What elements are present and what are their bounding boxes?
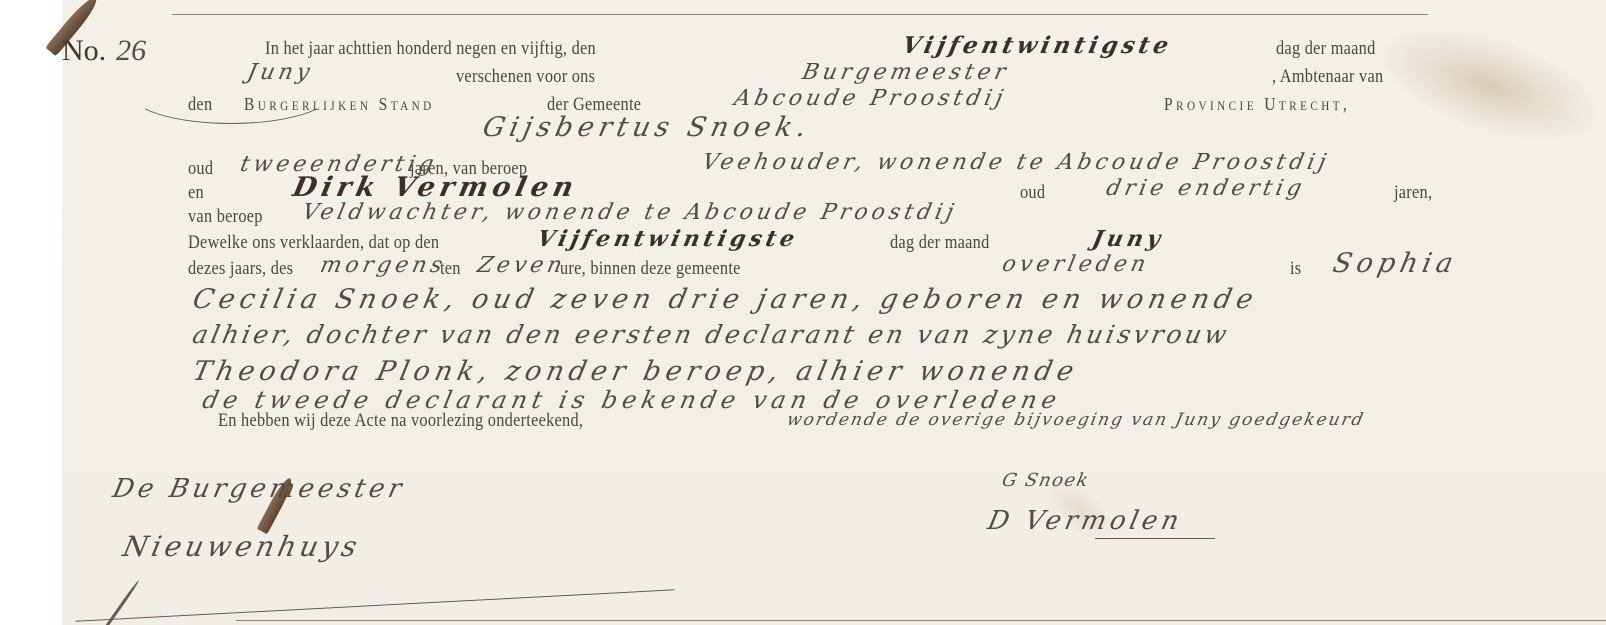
printed-closing: En hebben wij deze Acte na voorlezing on… [218, 410, 583, 432]
printed-line-6a: en [188, 182, 204, 204]
signature-declarant-2-underline [1095, 538, 1215, 539]
printed-line-7a: van beroep [188, 206, 263, 228]
handwritten-municipality: Abcoude Proostdij [732, 86, 1009, 111]
printed-line-9d: is [1290, 258, 1301, 280]
handwritten-declarant2-age: drie endertig [1104, 176, 1308, 201]
handwritten-body-line-1: Cecilia Snoek, oud zeven drie jaren, geb… [190, 284, 1261, 315]
handwritten-closing-note: wordende de overige bijvoeging van Juny … [785, 410, 1367, 430]
handwritten-time-of-day: morgens [318, 253, 449, 278]
handwritten-death-day: Vijfentwintigste [535, 226, 801, 252]
printed-line-1b: dag der maand [1276, 38, 1376, 60]
handwritten-declarant1-occupation: Veehouder, wonende te Abcoude Proostdij [700, 150, 1332, 175]
printed-line-9c: ure, binnen deze gemeente [560, 258, 741, 280]
signature-declarant-2: D Vermolen [985, 506, 1185, 536]
number-label: No. [62, 34, 106, 67]
printed-line-2b: , Ambtenaar van [1272, 66, 1383, 88]
handwritten-body-line-3: Theodora Plonk, zonder beroep, alhier wo… [190, 356, 1081, 387]
printed-line-9b: ten [440, 258, 461, 280]
printed-line-6c: jaren, [1394, 182, 1432, 204]
printed-provincie-utrecht: Provincie Utrecht, [1164, 94, 1350, 115]
handwritten-official: Burgemeester [800, 60, 1012, 85]
printed-line-1a: In het jaar achttien honderd negen en vi… [265, 38, 596, 60]
top-rule [172, 14, 1428, 15]
signature-declarant-1: G Snoek [1000, 470, 1091, 491]
printed-line-6b: oud [1020, 182, 1045, 204]
bottom-rule [236, 620, 1606, 621]
handwritten-event: overleden [1000, 252, 1152, 277]
record-number: No.26 [62, 34, 146, 68]
printed-line-9a: dezes jaars, des [188, 258, 293, 280]
signature-official-title: De Burgemeester [110, 474, 408, 504]
printed-line-3a: den [188, 94, 212, 116]
number-value: 26 [116, 34, 146, 67]
printed-line-8b: dag der maand [890, 232, 990, 254]
printed-line-5a: oud [188, 158, 213, 180]
printed-line-2a: verschenen voor ons [456, 66, 595, 88]
handwritten-hour: Zeven [475, 253, 568, 278]
handwritten-declarant2-occupation: Veldwachter, wonende te Abcoude Proostdi… [300, 200, 960, 225]
handwritten-body-line-2: alhier, dochter van den eersten declaran… [190, 320, 1233, 349]
handwritten-declarant2-name: Dirk Vermolen [290, 172, 581, 203]
handwritten-death-month: Juny [1090, 226, 1167, 252]
printed-burgerlijken-stand: Burgerlijken Stand [244, 94, 435, 115]
printed-line-8a: Dewelke ons verklaarden, dat op den [188, 232, 439, 254]
handwritten-day: Vijfentwintigste [900, 32, 1175, 59]
handwritten-declarant1-name: Gijsbertus Snoek. [480, 112, 814, 143]
signature-official: Nieuwenhuys [120, 530, 364, 563]
handwritten-deceased-first: Sophia [1330, 248, 1461, 279]
